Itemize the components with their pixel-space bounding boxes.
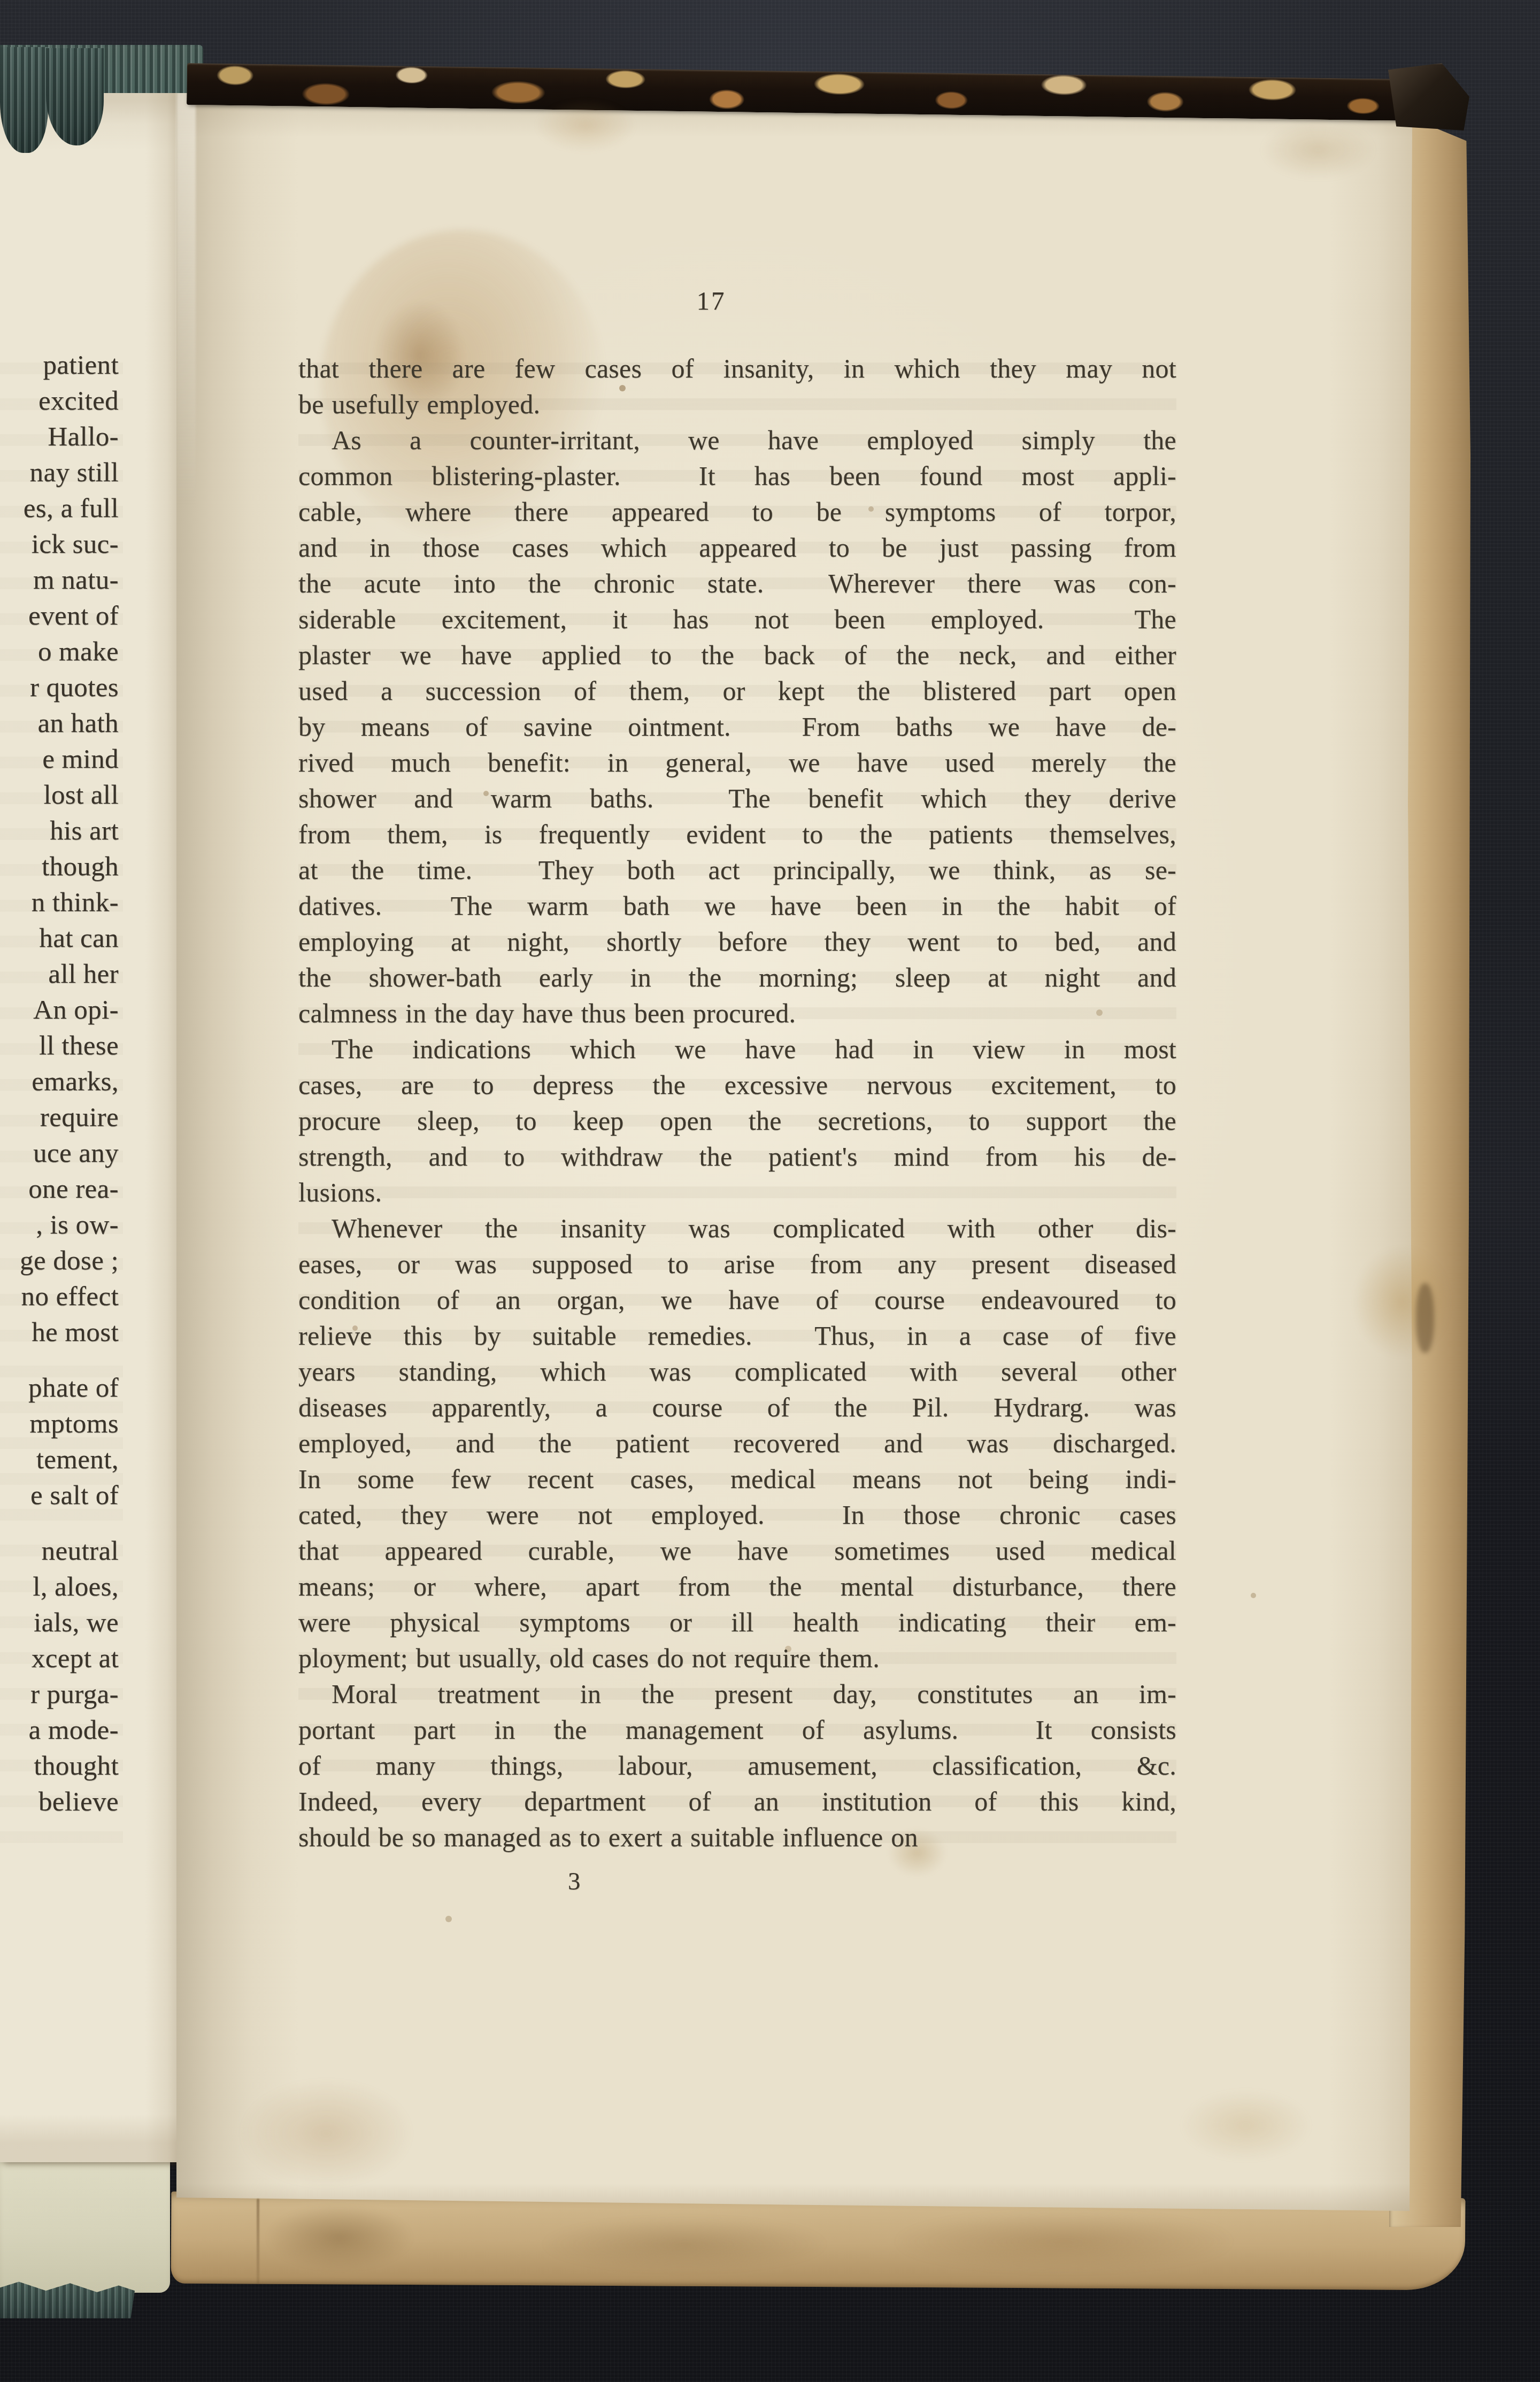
text-line: strength, and to withdraw the patient's …: [298, 1139, 1176, 1175]
text-line: should be so managed as to exert a suita…: [298, 1820, 1176, 1855]
left-page-text-line: m natu-: [0, 562, 119, 598]
text-line: In some few recent cases, medical means …: [298, 1461, 1176, 1497]
paper-crease: [257, 2199, 259, 2284]
text-line: The indications which we have had in vie…: [298, 1031, 1176, 1067]
text-line: diseases apparently, a course of the Pil…: [298, 1390, 1176, 1425]
left-page-text-line: thought: [0, 1748, 119, 1784]
left-page-text-line: r purga-: [0, 1677, 119, 1713]
foxing-stain: [267, 2206, 412, 2270]
text-line: Indeed, every department of an instituti…: [298, 1784, 1176, 1820]
text-line: condition of an organ, we have of course…: [298, 1282, 1176, 1318]
left-page-text-line: r quotes: [0, 670, 119, 706]
text-line: means; or where, apart from the mental d…: [298, 1569, 1176, 1605]
text-line: be usefully employed.: [298, 387, 1176, 422]
text-line: Moral treatment in the present day, cons…: [298, 1676, 1176, 1712]
text-line: at the time. They both act principally, …: [298, 852, 1176, 888]
left-page-text-line: require: [0, 1100, 119, 1136]
left-page-text-line: ials, we: [0, 1605, 119, 1641]
left-page-text-line: his art: [0, 813, 119, 849]
foxing-stain: [1353, 1246, 1452, 1358]
left-page-text-line: event of: [0, 598, 119, 634]
left-page-text-fragments: patientexcitedHallo-nay stilles, a fulli…: [0, 348, 119, 1820]
text-line: by means of savine ointment. From baths …: [298, 709, 1176, 745]
text-line: cable, where there appeared to be sympto…: [298, 494, 1176, 530]
foxing-stain: [1416, 1283, 1434, 1353]
text-line: that there are few cases of insanity, in…: [298, 351, 1176, 387]
text-line: were physical symptoms or ill health ind…: [298, 1605, 1176, 1640]
left-page-text-gap: [0, 1351, 119, 1370]
book-scan: 17 patientexcitedHallo-nay stilles, a fu…: [0, 0, 1540, 2382]
page-text: that there are few cases of insanity, in…: [298, 351, 1176, 1855]
left-page-text-line: , is ow-: [0, 1207, 119, 1243]
left-page-text-line: ick suc-: [0, 527, 119, 562]
left-page-text-line: xcept at: [0, 1641, 119, 1677]
left-page-text-line: nay still: [0, 455, 119, 491]
left-page-text-line: patient: [0, 348, 119, 383]
text-line: portant part in the management of asylum…: [298, 1712, 1176, 1748]
foxing-stain: [1182, 2091, 1310, 2160]
left-page-text-line: ge dose ;: [0, 1243, 119, 1279]
left-page-text-line: a mode-: [0, 1713, 119, 1748]
signature-mark: 3: [568, 1867, 581, 1896]
text-line: that appeared curable, we have sometimes…: [298, 1533, 1176, 1569]
left-page-text-line: emarks,: [0, 1064, 119, 1100]
text-line: siderable excitement, it has not been em…: [298, 602, 1176, 637]
left-page-text-line: o make: [0, 634, 119, 670]
left-page-text-line: l, aloes,: [0, 1569, 119, 1605]
left-page-text-line: e salt of: [0, 1478, 119, 1514]
left-page-text-line: Hallo-: [0, 419, 119, 455]
text-line: plaster we have applied to the back of t…: [298, 637, 1176, 673]
left-page-text-line: lost all: [0, 777, 119, 813]
foxing-stain: [898, 2214, 1230, 2270]
left-page-text-line: all her: [0, 957, 119, 992]
left-page-text-line: n think-: [0, 885, 119, 921]
left-page-text-line: es, a full: [0, 491, 119, 527]
text-line: used a succession of them, or kept the b…: [298, 673, 1176, 709]
text-line: datives. The warm bath we have been in t…: [298, 888, 1176, 924]
text-line: eases, or was supposed to arise from any…: [298, 1246, 1176, 1282]
left-page-text-line: believe: [0, 1784, 119, 1820]
left-page-text-line: he most: [0, 1315, 119, 1351]
text-line: procure sleep, to keep open the secretio…: [298, 1103, 1176, 1139]
headband-teal-cloth: [0, 47, 48, 153]
gutter-curl-highlight: [176, 89, 196, 506]
left-page-text-line: neutral: [0, 1533, 119, 1569]
foxing-stain: [545, 2219, 823, 2270]
left-page-text-line: e mind: [0, 742, 119, 777]
foxing-stain: [1262, 120, 1374, 179]
left-page-text-line: An opi-: [0, 992, 119, 1028]
text-line: from them, is frequently evident to the …: [298, 816, 1176, 852]
left-page-text-line: mptoms: [0, 1406, 119, 1442]
text-line: cases, are to depress the excessive nerv…: [298, 1067, 1176, 1103]
text-line: As a counter-irritant, we have employed …: [298, 422, 1176, 458]
left-page-text-line: one rea-: [0, 1171, 119, 1207]
text-line: years standing, which was complicated wi…: [298, 1354, 1176, 1390]
text-line: employing at night, shortly before they …: [298, 924, 1176, 960]
text-line: rived much benefit: in general, we have …: [298, 745, 1176, 781]
paper-specks: [0, 0, 4, 4]
text-line: lusions.: [298, 1175, 1176, 1211]
text-line: cated, they were not employed. In those …: [298, 1497, 1176, 1533]
page-number: 17: [272, 286, 1150, 316]
left-page-text-line: phate of: [0, 1370, 119, 1406]
left-page-text-line: no effect: [0, 1279, 119, 1315]
text-line: the shower-bath early in the morning; sl…: [298, 960, 1176, 996]
left-page-text-line: tement,: [0, 1442, 119, 1478]
text-line: ployment; but usually, old cases do not …: [298, 1640, 1176, 1676]
text-line: of many things, labour, amusement, class…: [298, 1748, 1176, 1784]
text-line: calmness in the day have thus been procu…: [298, 996, 1176, 1031]
left-page-text-line: ll these: [0, 1028, 119, 1064]
text-line: employed, and the patient recovered and …: [298, 1425, 1176, 1461]
left-page-text-line: an hath: [0, 706, 119, 742]
endpaper-pale-strip: [0, 2158, 170, 2293]
left-page-text-gap: [0, 1514, 119, 1533]
left-page-text-line: though: [0, 849, 119, 885]
left-page-text-line: hat can: [0, 921, 119, 957]
text-line: shower and warm baths. The benefit which…: [298, 781, 1176, 816]
text-line: common blistering-plaster. It has been f…: [298, 458, 1176, 494]
left-page-text-line: uce any: [0, 1136, 119, 1171]
text-line: and in those cases which appeared to be …: [298, 530, 1176, 566]
text-line: the acute into the chronic state. Wherev…: [298, 566, 1176, 602]
foxing-stain: [535, 99, 636, 152]
foxing-stain: [241, 2080, 412, 2187]
headband-teal-cloth: [46, 48, 104, 145]
left-page-text-line: excited: [0, 383, 119, 419]
text-line: relieve this by suitable remedies. Thus,…: [298, 1318, 1176, 1354]
text-line: Whenever the insanity was complicated wi…: [298, 1211, 1176, 1246]
